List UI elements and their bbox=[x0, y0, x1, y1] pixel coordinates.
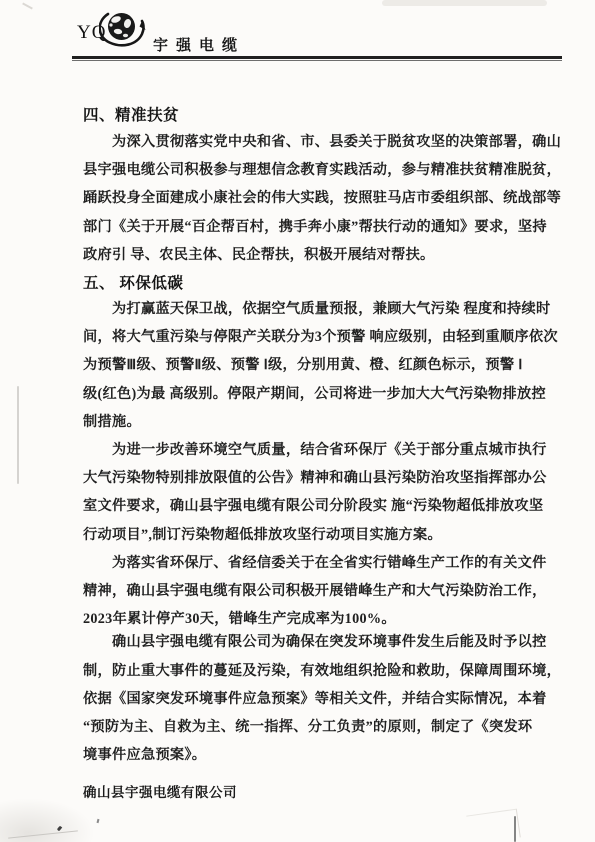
scan-smudge bbox=[0, 798, 95, 842]
paragraph: 为进一步改善环境空气质量，结合省环保厅《关于部分重点城市执行 大气污染物特别排放… bbox=[83, 436, 565, 549]
scan-smear bbox=[382, 0, 547, 6]
section-heading-4: 四、精准扶贫 bbox=[83, 103, 565, 128]
paragraph: 为打赢蓝天保卫战，依据空气质量预报，兼顾大气污染 程度和持续时 间，将大气重污染… bbox=[83, 295, 565, 436]
scan-line bbox=[514, 816, 516, 842]
letterhead-rule bbox=[72, 56, 562, 61]
document-body: 四、精准扶贫 为深入贯彻落实党中央和省、市、县委关于脱贫攻坚的决策部署，确山 县… bbox=[83, 103, 565, 801]
scan-ghost-outline bbox=[466, 809, 521, 842]
scan-line bbox=[8, 830, 78, 838]
scan-speck bbox=[97, 819, 100, 823]
paragraph: 为深入贯彻落实党中央和省、市、县委关于脱贫攻坚的决策部署，确山 县宇强电缆公司积… bbox=[83, 128, 565, 269]
document-page: YQ 宇强电缆 四、精准扶贫 为深入贯彻落实党中央和省、市、县委关于脱贫攻坚的决… bbox=[0, 0, 595, 842]
section-poverty-alleviation: 四、精准扶贫 为深入贯彻落实党中央和省、市、县委关于脱贫攻坚的决策部署，确山 县… bbox=[83, 103, 565, 269]
company-signature: 确山县宇强电缆有限公司 bbox=[83, 781, 565, 801]
section-environment: 五、 环保低碳 为打赢蓝天保卫战，依据空气质量预报，兼顾大气污染 程度和持续时 … bbox=[83, 272, 565, 769]
paragraph: 为落实省环保厅、省经信委关于在全省实行错峰生产工作的有关文件 精神，确山县宇强电… bbox=[83, 549, 565, 634]
scan-speck bbox=[57, 826, 63, 832]
section-heading-5: 五、 环保低碳 bbox=[83, 272, 565, 295]
scan-streak bbox=[17, 386, 19, 484]
brand-name: 宇强电缆 bbox=[153, 34, 245, 55]
globe-icon bbox=[99, 9, 147, 58]
scan-mark bbox=[22, 3, 33, 10]
paragraph: 确山县宇强电缆有限公司为确保在突发环境事件发生后能及时予以控 制，防止重大事件的… bbox=[83, 628, 565, 769]
